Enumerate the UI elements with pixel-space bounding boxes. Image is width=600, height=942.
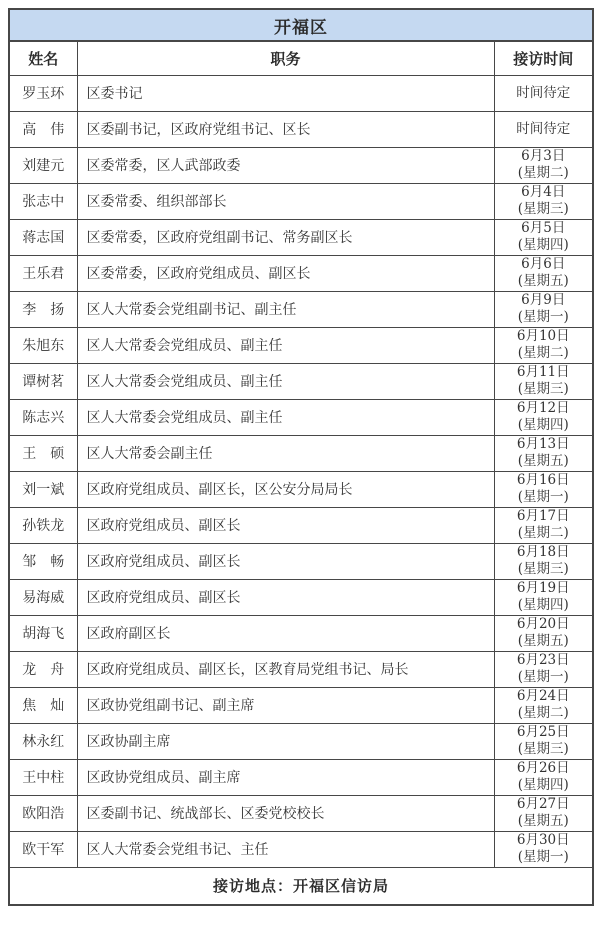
visit-date: 6月26日 bbox=[495, 760, 593, 777]
official-name: 罗玉环 bbox=[9, 75, 77, 111]
column-header-position: 职务 bbox=[77, 41, 494, 75]
visit-weekday: (星期三) bbox=[495, 381, 593, 398]
visit-date: 6月13日 bbox=[495, 436, 593, 453]
official-name: 刘建元 bbox=[9, 147, 77, 183]
column-header-row: 姓名 职务 接访时间 bbox=[9, 41, 593, 75]
visit-weekday: (星期四) bbox=[495, 237, 593, 254]
visit-weekday: (星期五) bbox=[495, 813, 593, 830]
visit-time: 6月27日 (星期五) bbox=[494, 795, 593, 831]
table-row: 易海威 区政府党组成员、副区长 6月19日 (星期四) bbox=[9, 579, 593, 615]
official-name: 王 硕 bbox=[9, 435, 77, 471]
official-position: 区政府党组成员、副区长 bbox=[77, 543, 494, 579]
official-position: 区政协党组副书记、副主席 bbox=[77, 687, 494, 723]
visit-time: 6月16日 (星期一) bbox=[494, 471, 593, 507]
table-title-row: 开福区 bbox=[9, 9, 593, 41]
visit-time: 6月3日 (星期二) bbox=[494, 147, 593, 183]
official-name: 高 伟 bbox=[9, 111, 77, 147]
official-name: 孙铁龙 bbox=[9, 507, 77, 543]
visit-weekday: (星期二) bbox=[495, 165, 593, 182]
schedule-rows: 罗玉环 区委书记 时间待定 高 伟 区委副书记，区政府党组书记、区长 时间待定 … bbox=[9, 75, 593, 867]
visit-time: 6月5日 (星期四) bbox=[494, 219, 593, 255]
table-row: 谭树茗 区人大常委会党组成员、副主任 6月11日 (星期三) bbox=[9, 363, 593, 399]
document-page: 开福区 姓名 职务 接访时间 罗玉环 区委书记 时间待定 高 伟 区委副书记，区… bbox=[0, 0, 600, 942]
official-position: 区人大常委会党组成员、副主任 bbox=[77, 327, 494, 363]
visit-date: 时间待定 bbox=[495, 85, 593, 102]
visit-date: 6月18日 bbox=[495, 544, 593, 561]
visit-weekday: (星期五) bbox=[495, 273, 593, 290]
table-row: 陈志兴 区人大常委会党组成员、副主任 6月12日 (星期四) bbox=[9, 399, 593, 435]
column-header-name: 姓名 bbox=[9, 41, 77, 75]
table-row: 朱旭东 区人大常委会党组成员、副主任 6月10日 (星期二) bbox=[9, 327, 593, 363]
visit-time: 6月25日 (星期三) bbox=[494, 723, 593, 759]
table-row: 王 硕 区人大常委会副主任 6月13日 (星期五) bbox=[9, 435, 593, 471]
visit-time: 6月6日 (星期五) bbox=[494, 255, 593, 291]
official-position: 区委常委、组织部部长 bbox=[77, 183, 494, 219]
table-row: 王中柱 区政协党组成员、副主席 6月26日 (星期四) bbox=[9, 759, 593, 795]
visit-date: 6月5日 bbox=[495, 220, 593, 237]
visit-weekday: (星期三) bbox=[495, 741, 593, 758]
visit-date: 6月10日 bbox=[495, 328, 593, 345]
visit-date: 6月24日 bbox=[495, 688, 593, 705]
visit-time: 6月24日 (星期二) bbox=[494, 687, 593, 723]
column-header-time: 接访时间 bbox=[494, 41, 593, 75]
official-name: 朱旭东 bbox=[9, 327, 77, 363]
visit-time: 6月11日 (星期三) bbox=[494, 363, 593, 399]
visit-date: 6月16日 bbox=[495, 472, 593, 489]
visit-date: 6月9日 bbox=[495, 292, 593, 309]
official-position: 区人大常委会党组书记、主任 bbox=[77, 831, 494, 867]
table-row: 李 扬 区人大常委会党组副书记、副主任 6月9日 (星期一) bbox=[9, 291, 593, 327]
official-position: 区委副书记、统战部长、区委党校校长 bbox=[77, 795, 494, 831]
reception-location: 接访地点：开福区信访局 bbox=[9, 867, 593, 905]
visit-time: 6月4日 (星期三) bbox=[494, 183, 593, 219]
official-position: 区人大常委会副主任 bbox=[77, 435, 494, 471]
table-row: 张志中 区委常委、组织部部长 6月4日 (星期三) bbox=[9, 183, 593, 219]
official-name: 易海威 bbox=[9, 579, 77, 615]
visit-date: 6月6日 bbox=[495, 256, 593, 273]
footer-row: 接访地点：开福区信访局 bbox=[9, 867, 593, 905]
official-position: 区委常委，区人武部政委 bbox=[77, 147, 494, 183]
table-row: 王乐君 区委常委，区政府党组成员、副区长 6月6日 (星期五) bbox=[9, 255, 593, 291]
official-name: 焦 灿 bbox=[9, 687, 77, 723]
official-position: 区人大常委会党组成员、副主任 bbox=[77, 399, 494, 435]
official-name: 林永红 bbox=[9, 723, 77, 759]
visit-date: 6月11日 bbox=[495, 364, 593, 381]
visit-time: 6月10日 (星期二) bbox=[494, 327, 593, 363]
official-name: 刘一斌 bbox=[9, 471, 77, 507]
visit-weekday: (星期二) bbox=[495, 345, 593, 362]
visit-time: 6月12日 (星期四) bbox=[494, 399, 593, 435]
visit-weekday: (星期二) bbox=[495, 705, 593, 722]
official-position: 区人大常委会党组副书记、副主任 bbox=[77, 291, 494, 327]
official-position: 区委常委，区政府党组成员、副区长 bbox=[77, 255, 494, 291]
official-position: 区政府党组成员、副区长 bbox=[77, 507, 494, 543]
visit-time: 6月17日 (星期二) bbox=[494, 507, 593, 543]
visit-date: 时间待定 bbox=[495, 121, 593, 138]
visit-date: 6月27日 bbox=[495, 796, 593, 813]
visit-date: 6月4日 bbox=[495, 184, 593, 201]
official-name: 王乐君 bbox=[9, 255, 77, 291]
official-position: 区政府副区长 bbox=[77, 615, 494, 651]
visit-weekday: (星期四) bbox=[495, 597, 593, 614]
reception-schedule-table: 开福区 姓名 职务 接访时间 罗玉环 区委书记 时间待定 高 伟 区委副书记，区… bbox=[8, 8, 594, 906]
visit-time: 6月18日 (星期三) bbox=[494, 543, 593, 579]
visit-weekday: (星期一) bbox=[495, 669, 593, 686]
official-name: 蒋志国 bbox=[9, 219, 77, 255]
visit-time: 时间待定 bbox=[494, 111, 593, 147]
visit-time: 6月9日 (星期一) bbox=[494, 291, 593, 327]
official-position: 区政府党组成员、副区长，区教育局党组书记、局长 bbox=[77, 651, 494, 687]
table-row: 林永红 区政协副主席 6月25日 (星期三) bbox=[9, 723, 593, 759]
visit-date: 6月25日 bbox=[495, 724, 593, 741]
official-name: 欧干军 bbox=[9, 831, 77, 867]
official-position: 区政协副主席 bbox=[77, 723, 494, 759]
visit-date: 6月17日 bbox=[495, 508, 593, 525]
visit-weekday: (星期四) bbox=[495, 417, 593, 434]
official-position: 区政协党组成员、副主席 bbox=[77, 759, 494, 795]
official-position: 区委常委，区政府党组副书记、常务副区长 bbox=[77, 219, 494, 255]
official-name: 胡海飞 bbox=[9, 615, 77, 651]
visit-time: 6月20日 (星期五) bbox=[494, 615, 593, 651]
visit-weekday: (星期五) bbox=[495, 633, 593, 650]
visit-time: 6月19日 (星期四) bbox=[494, 579, 593, 615]
official-name: 李 扬 bbox=[9, 291, 77, 327]
visit-weekday: (星期五) bbox=[495, 453, 593, 470]
table-row: 孙铁龙 区政府党组成员、副区长 6月17日 (星期二) bbox=[9, 507, 593, 543]
visit-date: 6月23日 bbox=[495, 652, 593, 669]
visit-weekday: (星期四) bbox=[495, 777, 593, 794]
table-row: 欧阳浩 区委副书记、统战部长、区委党校校长 6月27日 (星期五) bbox=[9, 795, 593, 831]
official-position: 区政府党组成员、副区长 bbox=[77, 579, 494, 615]
visit-date: 6月19日 bbox=[495, 580, 593, 597]
table-row: 欧干军 区人大常委会党组书记、主任 6月30日 (星期一) bbox=[9, 831, 593, 867]
official-name: 邹 畅 bbox=[9, 543, 77, 579]
official-position: 区政府党组成员、副区长，区公安分局局长 bbox=[77, 471, 494, 507]
official-name: 张志中 bbox=[9, 183, 77, 219]
official-name: 谭树茗 bbox=[9, 363, 77, 399]
visit-time: 6月13日 (星期五) bbox=[494, 435, 593, 471]
visit-weekday: (星期一) bbox=[495, 849, 593, 866]
table-row: 胡海飞 区政府副区长 6月20日 (星期五) bbox=[9, 615, 593, 651]
visit-weekday: (星期三) bbox=[495, 201, 593, 218]
table-row: 焦 灿 区政协党组副书记、副主席 6月24日 (星期二) bbox=[9, 687, 593, 723]
visit-time: 6月23日 (星期一) bbox=[494, 651, 593, 687]
table-row: 龙 舟 区政府党组成员、副区长，区教育局党组书记、局长 6月23日 (星期一) bbox=[9, 651, 593, 687]
table-title: 开福区 bbox=[9, 9, 593, 41]
table-row: 蒋志国 区委常委，区政府党组副书记、常务副区长 6月5日 (星期四) bbox=[9, 219, 593, 255]
official-position: 区委副书记，区政府党组书记、区长 bbox=[77, 111, 494, 147]
official-name: 欧阳浩 bbox=[9, 795, 77, 831]
table-row: 刘一斌 区政府党组成员、副区长，区公安分局局长 6月16日 (星期一) bbox=[9, 471, 593, 507]
visit-time: 6月30日 (星期一) bbox=[494, 831, 593, 867]
visit-weekday: (星期三) bbox=[495, 561, 593, 578]
official-name: 陈志兴 bbox=[9, 399, 77, 435]
visit-time: 时间待定 bbox=[494, 75, 593, 111]
visit-time: 6月26日 (星期四) bbox=[494, 759, 593, 795]
table-row: 刘建元 区委常委，区人武部政委 6月3日 (星期二) bbox=[9, 147, 593, 183]
visit-date: 6月3日 bbox=[495, 148, 593, 165]
official-position: 区委书记 bbox=[77, 75, 494, 111]
visit-date: 6月12日 bbox=[495, 400, 593, 417]
official-name: 王中柱 bbox=[9, 759, 77, 795]
table-row: 高 伟 区委副书记，区政府党组书记、区长 时间待定 bbox=[9, 111, 593, 147]
visit-weekday: (星期一) bbox=[495, 309, 593, 326]
visit-date: 6月30日 bbox=[495, 832, 593, 849]
visit-weekday: (星期一) bbox=[495, 489, 593, 506]
visit-weekday: (星期二) bbox=[495, 525, 593, 542]
table-row: 罗玉环 区委书记 时间待定 bbox=[9, 75, 593, 111]
visit-date: 6月20日 bbox=[495, 616, 593, 633]
official-position: 区人大常委会党组成员、副主任 bbox=[77, 363, 494, 399]
table-row: 邹 畅 区政府党组成员、副区长 6月18日 (星期三) bbox=[9, 543, 593, 579]
official-name: 龙 舟 bbox=[9, 651, 77, 687]
